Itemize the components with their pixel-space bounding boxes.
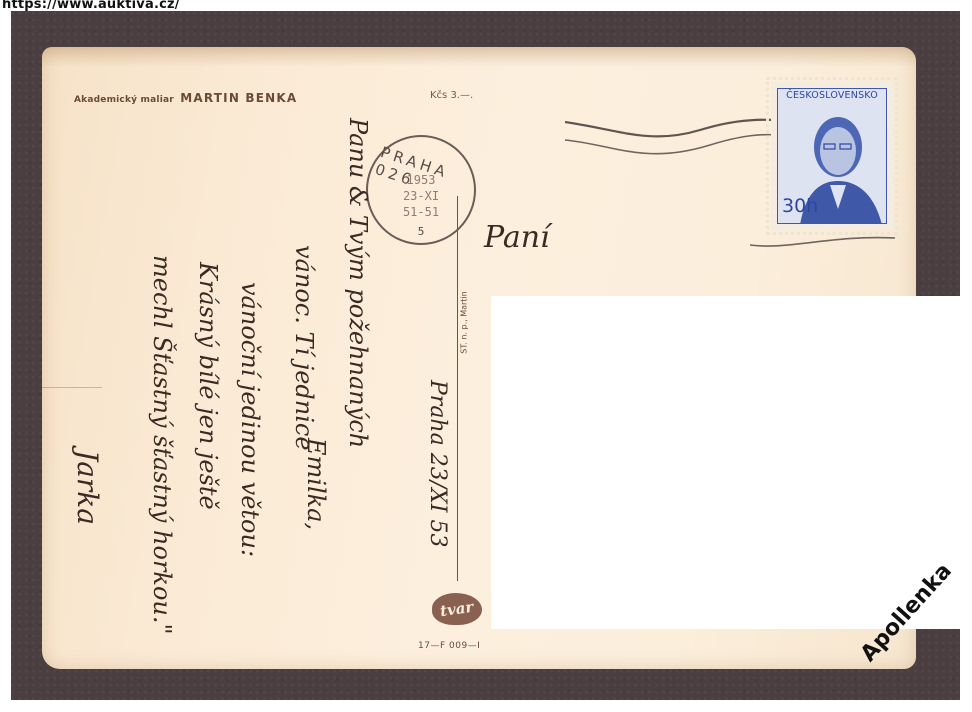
address-divider-line xyxy=(457,196,458,581)
print-code: 17—F 009—I xyxy=(418,641,480,651)
handwriting-line-3: Emilka, xyxy=(302,438,330,530)
postage-stamp: ČESKOSLOVENSKO 30h xyxy=(771,82,893,230)
handwriting-signature: Jarka xyxy=(71,450,104,525)
handwriting-line-4: vánoční jedinou větou: xyxy=(236,282,264,557)
tvar-logo: tvar xyxy=(432,593,482,625)
stamp-face: ČESKOSLOVENSKO 30h xyxy=(777,88,887,224)
handwritten-salutation: Paní xyxy=(484,220,550,255)
postmark-office: 5 xyxy=(368,225,474,238)
logo-text: tvar xyxy=(439,598,474,620)
handwriting-line-6: mechl Šťastný šťastný horkou." xyxy=(148,255,176,635)
printer-imprint: ST. n. p., Martin xyxy=(460,283,469,363)
stamp-value: 30h xyxy=(782,195,818,217)
artist-name: MARTIN BENKA xyxy=(180,91,297,105)
postmark: PRAHA 026 1953 23-XI 51-51 5 xyxy=(366,135,476,245)
postmark-date: 23-XI xyxy=(368,189,474,203)
price-label: Kčs 3.—. xyxy=(430,90,473,101)
handwriting-place-date: Praha 23/XI 53 xyxy=(425,380,450,547)
handwriting-line-2: vánoc. Tí jednice xyxy=(290,245,318,451)
redacted-address-block xyxy=(491,296,972,629)
handwriting-line-1: Panu & Tvým požehnaných xyxy=(344,118,372,448)
postmark-time: 51-51 xyxy=(368,205,474,219)
publisher-prefix: Akademický maliar xyxy=(74,95,174,105)
card-crease xyxy=(42,387,102,388)
handwriting-line-5: Krásný bílé jen ještě xyxy=(194,262,222,510)
postmark-year: 1953 xyxy=(368,173,474,187)
publisher-line: Akademický maliar MARTIN BENKA xyxy=(74,91,297,105)
